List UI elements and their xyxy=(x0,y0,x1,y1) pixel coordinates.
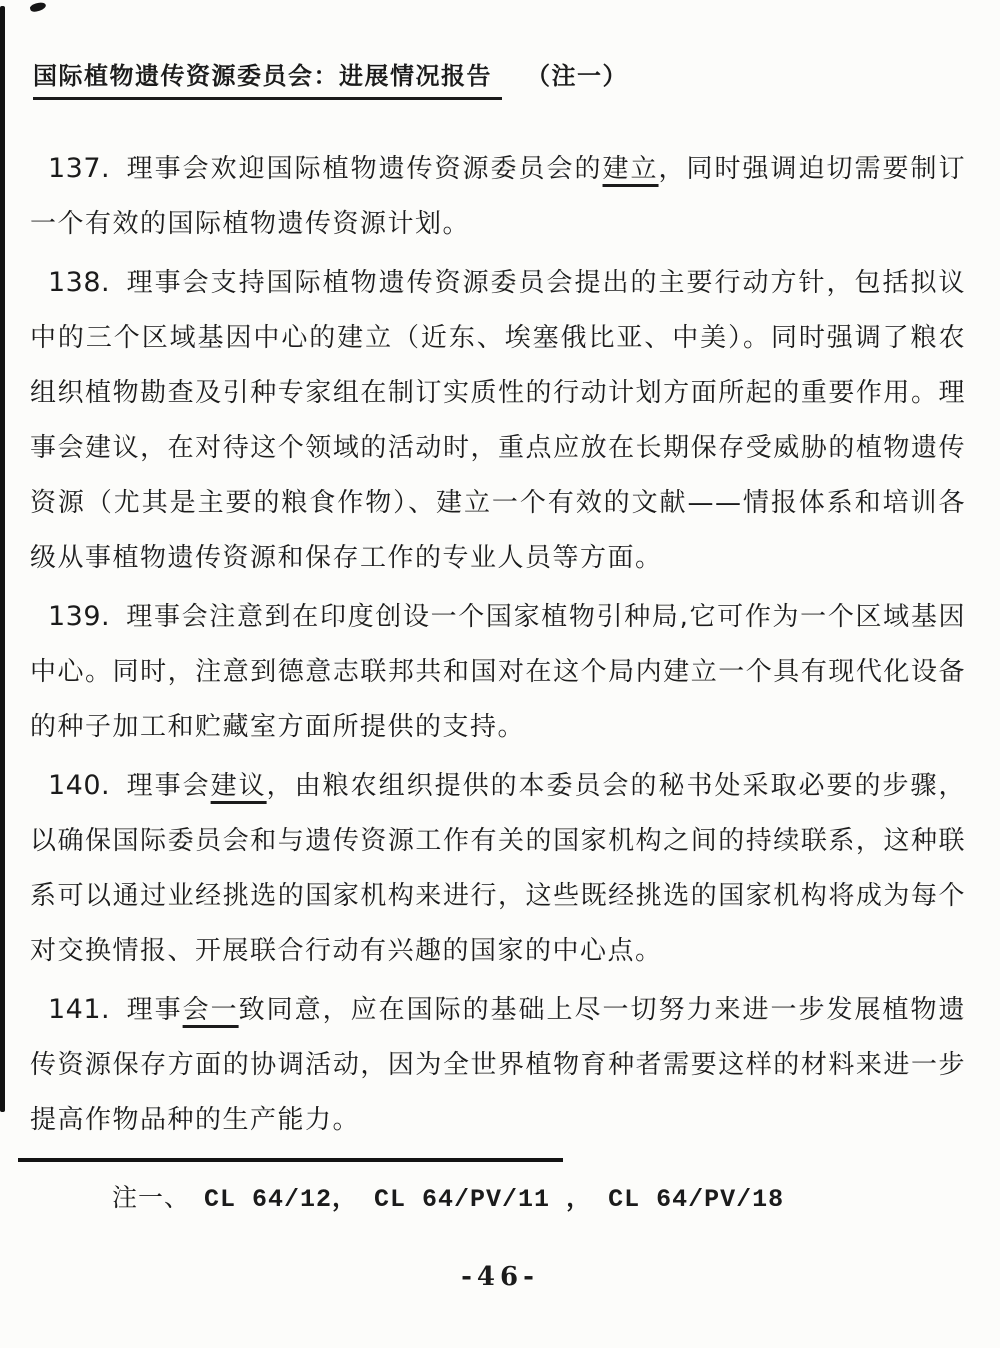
paragraph: 139.理事会注意到在印度创设一个国家植物引种局,它可作为一个区域基因中心。同时… xyxy=(30,589,966,755)
footnote-label: 注一、 xyxy=(112,1183,190,1212)
paragraph-number: 139. xyxy=(48,601,110,632)
ink-blot-artifact xyxy=(29,1,47,14)
paragraph: 137.理事会欢迎国际植物遗传资源委员会的建立，同时强调迫切需要制订一个有效的国… xyxy=(30,141,966,252)
body-paragraphs: 137.理事会欢迎国际植物遗传资源委员会的建立，同时强调迫切需要制订一个有效的国… xyxy=(30,141,966,1148)
document-title-text: 国际植物遗传资源委员会：进展情况报告 xyxy=(33,62,502,100)
paragraph-number: 140. xyxy=(48,770,110,801)
paragraph: 141.理事会一致同意，应在国际的基础上尽一切努力来进一步发展植物遗传资源保存方… xyxy=(30,982,966,1148)
page-number: -46- xyxy=(0,1262,1000,1292)
document-title: 国际植物遗传资源委员会：进展情况报告（注一） xyxy=(33,56,970,91)
underlined-term: 建议 xyxy=(211,771,267,801)
paragraph: 138.理事会支持国际植物遗传资源委员会提出的主要行动方针，包括拟议中的三个区域… xyxy=(30,255,966,586)
underlined-term: 建立 xyxy=(603,154,659,184)
footnote-divider xyxy=(18,1158,563,1162)
paragraph: 140.理事会建议，由粮农组织提供的本委员会的秘书处采取必要的步骤，以确保国际委… xyxy=(30,758,966,979)
paragraph-number: 141. xyxy=(48,994,110,1025)
underlined-term: 会一 xyxy=(183,995,239,1025)
document-title-footnote-ref: （注一） xyxy=(526,62,628,90)
paragraph-number: 137. xyxy=(48,153,110,184)
document-page: 国际植物遗传资源委员会：进展情况报告（注一） 137.理事会欢迎国际植物遗传资源… xyxy=(30,56,970,1151)
paragraph-number: 138. xyxy=(48,267,110,298)
footnote: 注一、CL 64/12， CL 64/PV/11 ， CL 64/PV/18 xyxy=(112,1178,784,1214)
scan-edge-artifact xyxy=(0,6,5,1112)
footnote-references: CL 64/12， CL 64/PV/11 ， CL 64/PV/18 xyxy=(204,1185,784,1214)
